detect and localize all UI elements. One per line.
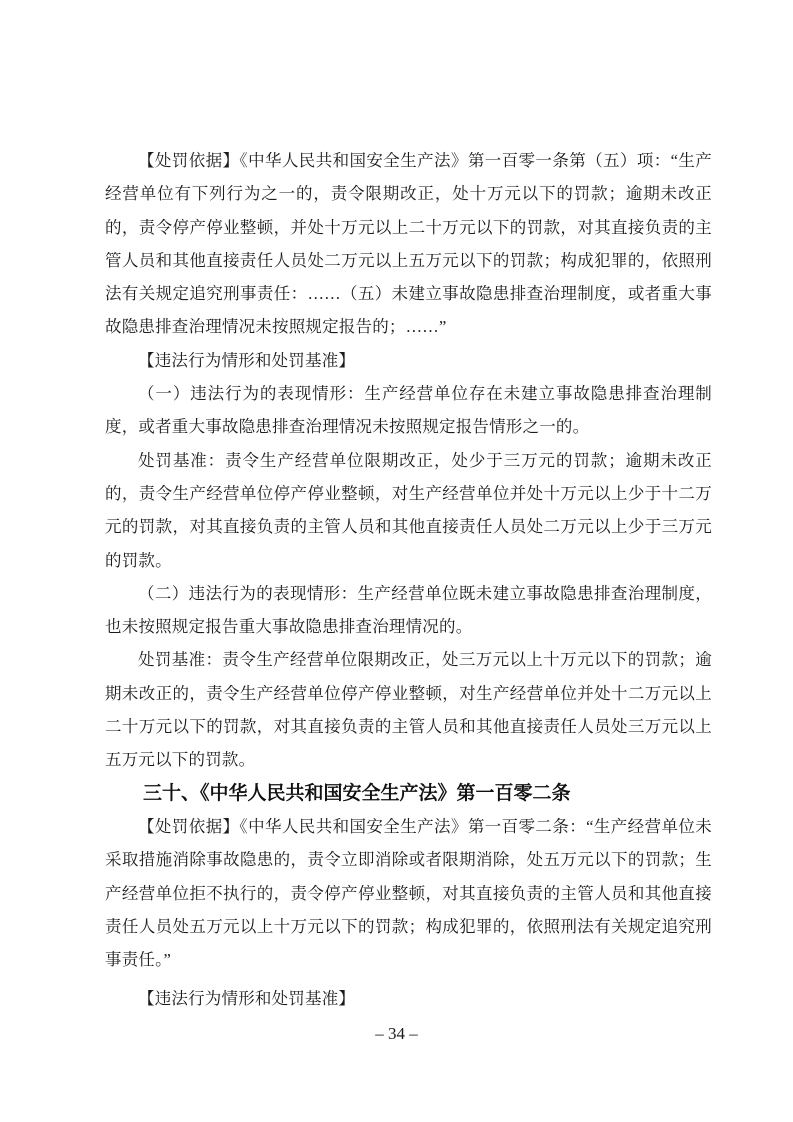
violation-penalty-standard-label: 【违法行为情形和处罚基准】: [105, 344, 712, 377]
page-number: – 34 –: [0, 1022, 793, 1046]
penalty-basis-article-102-paragraph: 【处罚依据】《中华人民共和国安全生产法》第一百零二条：“生产经营单位未采取措施消…: [105, 810, 712, 976]
violation-case-2-paragraph: （二）违法行为的表现情形：生产经营单位既未建立事故隐患排查治理制度，也未按照规定…: [105, 577, 712, 644]
penalty-basis-article-101-paragraph: 【处罚依据】《中华人民共和国安全生产法》第一百零一条第（五）项：“生产经营单位有…: [105, 144, 712, 344]
violation-case-1-paragraph: （一）违法行为的表现情形：生产经营单位存在未建立事故隐患排查治理制度，或者重大事…: [105, 377, 712, 444]
penalty-standard-1-paragraph: 处罚基准：责令生产经营单位限期改正，处少于三万元的罚款；逾期未改正的，责令生产经…: [105, 444, 712, 577]
violation-penalty-standard-label-2: 【违法行为情形和处罚基准】: [105, 982, 712, 1015]
document-body: 【处罚依据】《中华人民共和国安全生产法》第一百零一条第（五）项：“生产经营单位有…: [105, 144, 712, 1016]
penalty-standard-2-paragraph: 处罚基准：责令生产经营单位限期改正，处三万元以上十万元以下的罚款；逾期未改正的，…: [105, 643, 712, 776]
section-30-heading: 三十、《中华人民共和国安全生产法》第一百零二条: [105, 777, 712, 810]
document-page: 【处罚依据】《中华人民共和国安全生产法》第一百零一条第（五）项：“生产经营单位有…: [0, 0, 793, 1122]
